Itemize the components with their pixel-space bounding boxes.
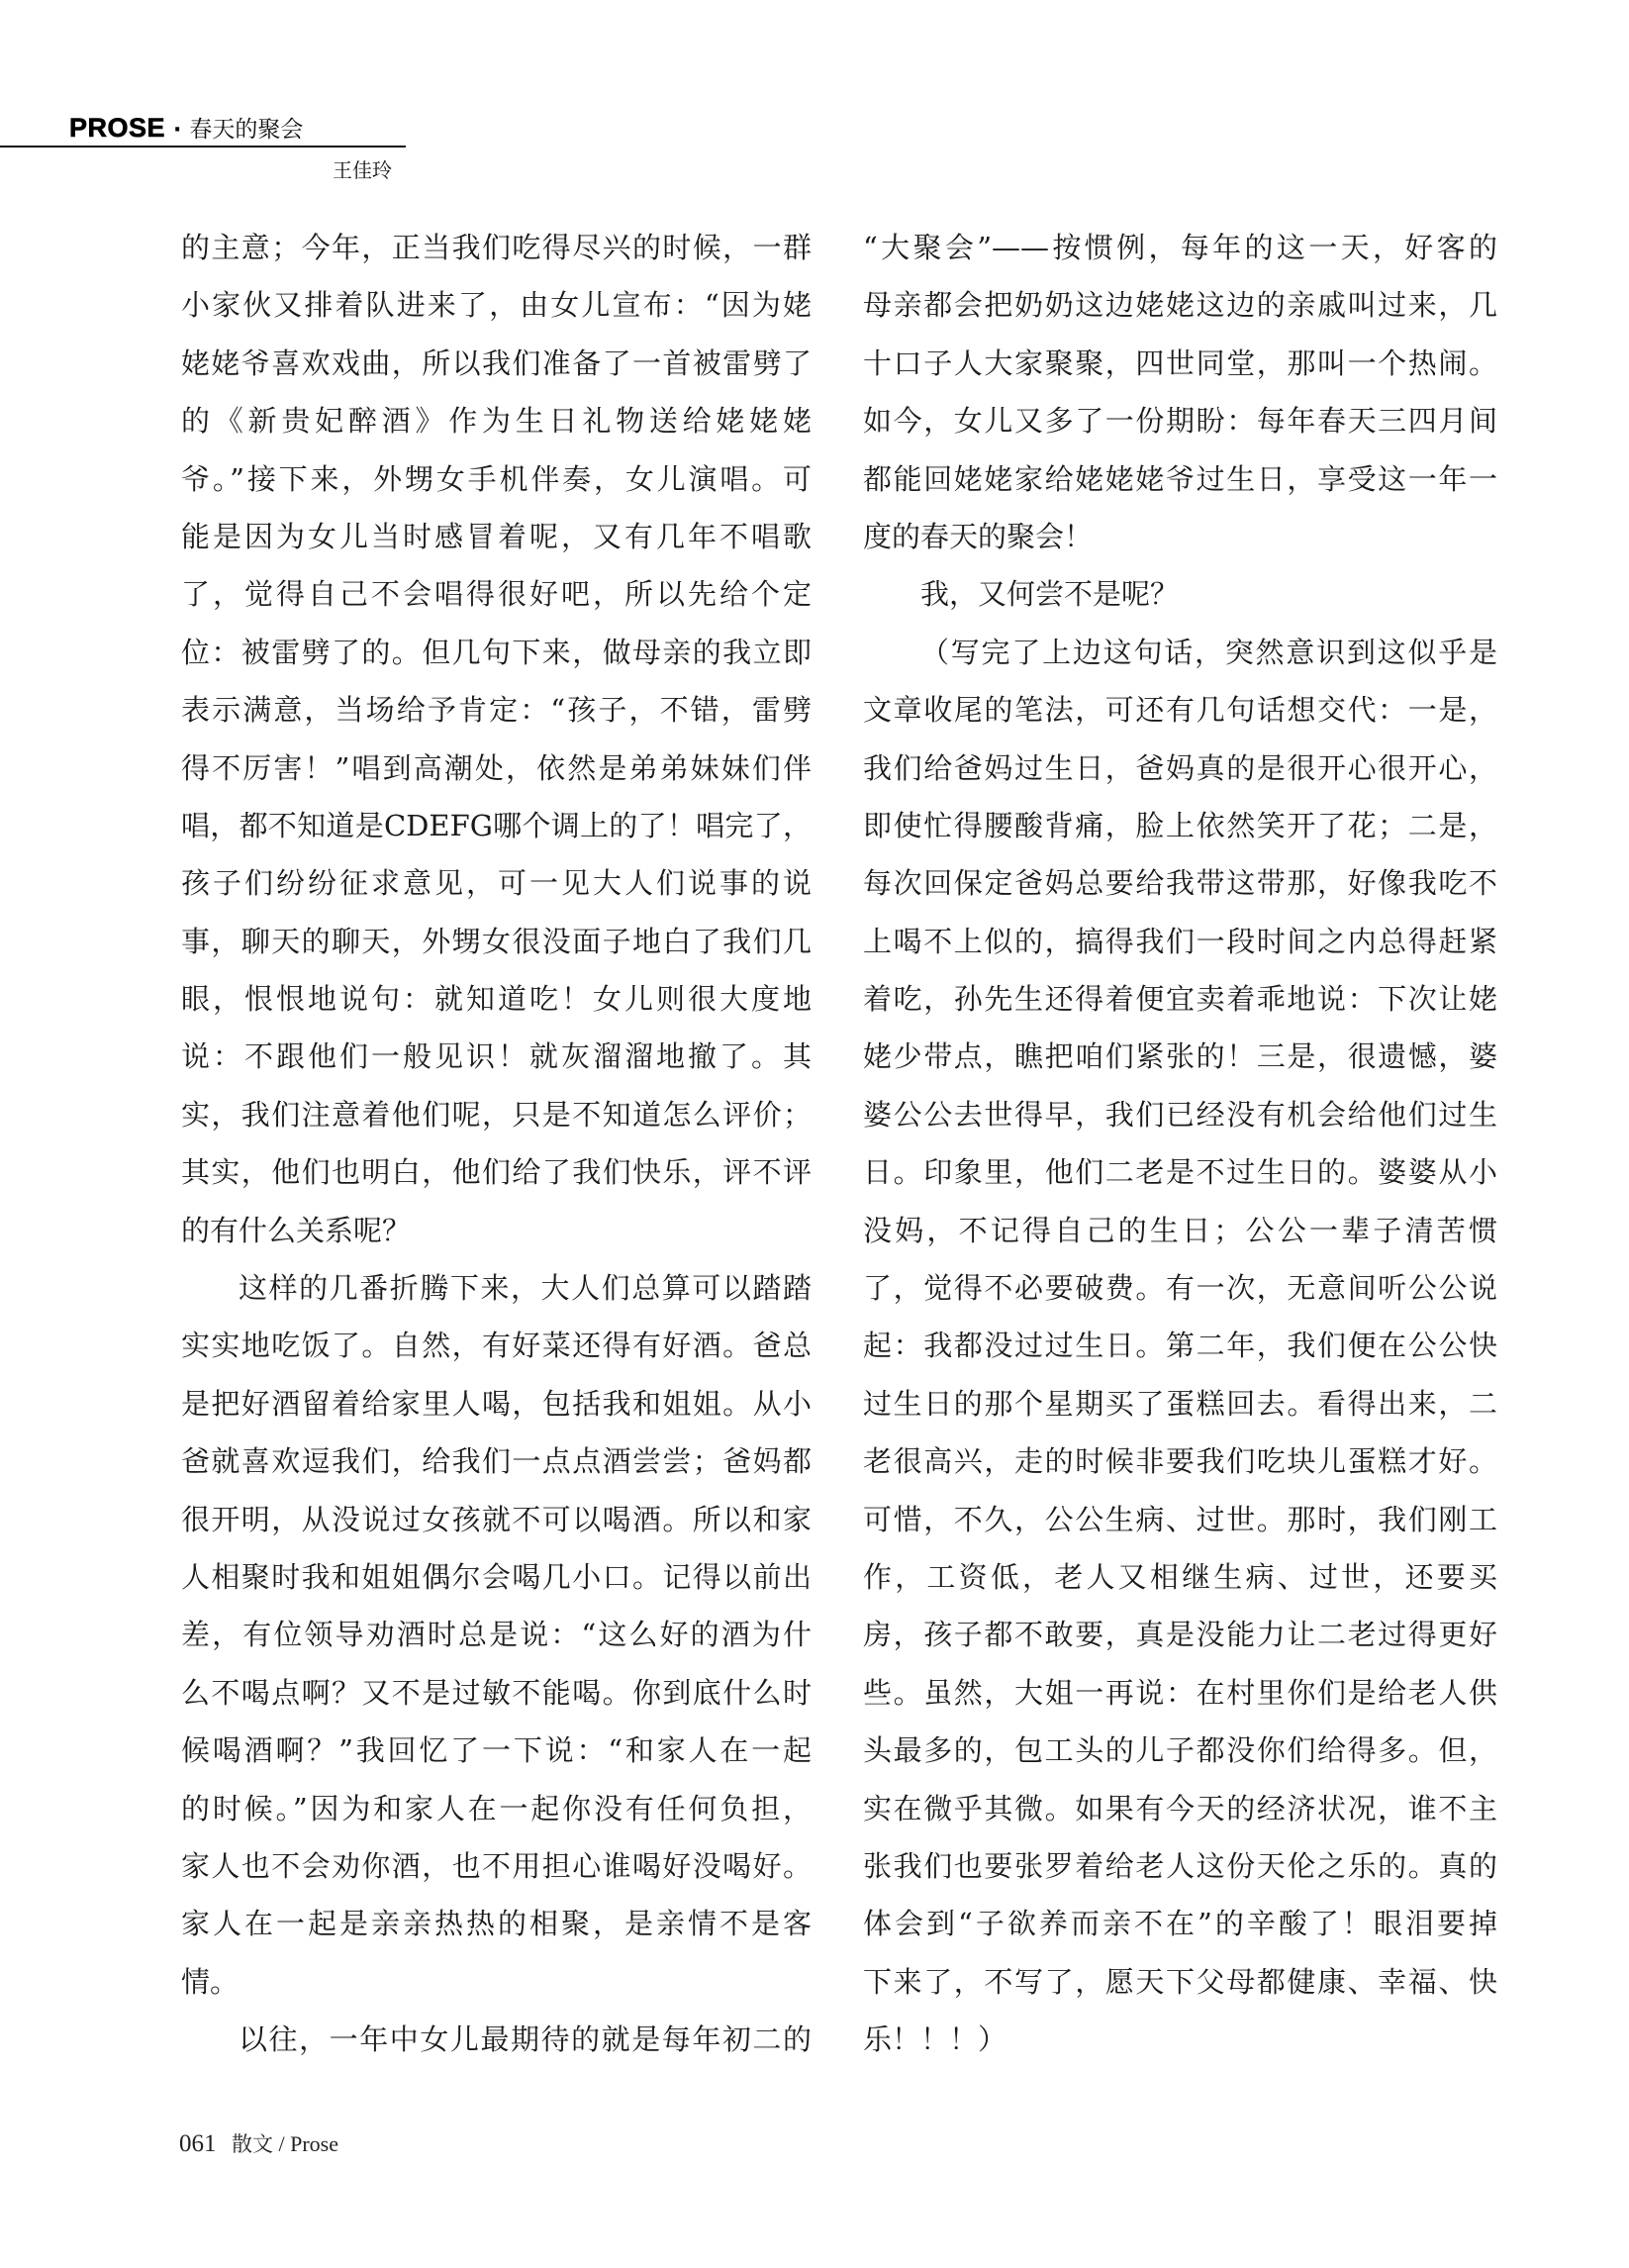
text-line: 爸就喜欢逗我们，给我们一点点酒尝尝；爸妈都: [181, 1439, 812, 1497]
text-line: 孩子们纷纷征求意见，可一见大人们说事的说: [181, 861, 812, 919]
footer-separator: /: [279, 2131, 285, 2156]
text-line: 其实，他们也明白，他们给了我们快乐，评不评: [181, 1150, 812, 1208]
text-line: 上喝不上似的，搞得我们一段时间之内总得赶紧: [863, 920, 1497, 977]
author-name: 王佳玲: [333, 154, 392, 183]
text-line: 婆公公去世得早，我们已经没有机会给他们过生: [863, 1093, 1497, 1150]
text-line: 小家伙又排着队进来了，由女儿宣布：“因为姥: [181, 283, 812, 341]
header-rule: [0, 146, 406, 148]
article-title: 春天的聚会: [189, 111, 303, 144]
text-line: 家人在一起是亲亲热热的相聚，是亲情不是客: [181, 1902, 812, 1959]
section-brand: PROSE: [69, 113, 165, 144]
text-line: 如今，女儿又多了一份期盼：每年春天三四月间: [863, 399, 1497, 456]
text-line: 度的春天的聚会！: [863, 515, 1497, 572]
text-line: 文章收尾的笔法，可还有几句话想交代：一是，: [863, 688, 1497, 745]
text-line: 事，聊天的聊天，外甥女很没面子地白了我们几: [181, 920, 812, 977]
text-line: 过生日的那个星期买了蛋糕回去。看得出来，二: [863, 1382, 1497, 1439]
text-line: 可惜，不久，公公生病、过世。那时，我们刚工: [863, 1498, 1497, 1555]
footer-section-cn: 散文: [232, 2132, 273, 2156]
text-line: 能是因为女儿当时感冒着呢，又有几年不唱歌: [181, 515, 812, 572]
text-line: 即使忙得腰酸背痛，脸上依然笑开了花；二是，: [863, 804, 1497, 861]
text-line: 人相聚时我和姐姐偶尔会喝几小口。记得以前出: [181, 1555, 812, 1613]
text-line: 起：我都没过过生日。第二年，我们便在公公快: [863, 1324, 1497, 1381]
text-line: 以往，一年中女儿最期待的就是每年初二的: [181, 2018, 812, 2075]
text-line: 实，我们注意着他们呢，只是不知道怎么评价；: [181, 1093, 812, 1150]
text-line: 体会到“子欲养而亲不在”的辛酸了！眼泪要掉: [863, 1902, 1497, 1959]
text-line: 了，觉得自己不会唱得很好吧，所以先给个定: [181, 572, 812, 630]
text-line: 情。: [181, 1960, 812, 2018]
text-line: 作，工资低，老人又相继生病、过世，还要买: [863, 1555, 1497, 1613]
text-line: 我，又何尝不是呢？: [863, 572, 1497, 630]
text-line: 头最多的，包工头的儿子都没你们给得多。但，: [863, 1728, 1497, 1786]
text-line: 实实地吃饭了。自然，有好菜还得有好酒。爸总: [181, 1324, 812, 1381]
text-line: 的《新贵妃醉酒》作为生日礼物送给姥姥姥: [181, 399, 812, 456]
text-line: 母亲都会把奶奶这边姥姥这边的亲戚叫过来，几: [863, 283, 1497, 341]
text-line: 我们给爸妈过生日，爸妈真的是很开心很开心，: [863, 746, 1497, 804]
text-line: 着吃，孙先生还得着便宜卖着乖地说：下次让姥: [863, 977, 1497, 1035]
text-line: 得不厉害！”唱到高潮处，依然是弟弟妹妹们伴: [181, 746, 812, 804]
text-line: 张我们也要张罗着给老人这份天伦之乐的。真的: [863, 1844, 1497, 1902]
text-line: 候喝酒啊？”我回忆了一下说：“和家人在一起: [181, 1728, 812, 1786]
text-line: 都能回姥姥家给姥姥姥爷过生日，享受这一年一: [863, 457, 1497, 515]
text-line: 的主意；今年，正当我们吃得尽兴的时候，一群: [181, 226, 812, 283]
text-line: 姥姥爷喜欢戏曲，所以我们准备了一首被雷劈了: [181, 342, 812, 399]
text-line: 的有什么关系呢？: [181, 1209, 812, 1266]
text-line: 实在微乎其微。如果有今天的经济状况，谁不主: [863, 1787, 1497, 1844]
footer-section-en: Prose: [290, 2131, 338, 2156]
text-line: “大聚会”——按惯例，每年的这一天，好客的: [863, 226, 1497, 283]
text-line: 么不喝点啊？又不是过敏不能喝。你到底什么时: [181, 1671, 812, 1728]
running-header: PROSE · 春天的聚会: [69, 111, 303, 145]
text-line: 乐！！！）: [863, 2018, 1497, 2075]
text-line: 家人也不会劝你酒，也不用担心谁喝好没喝好。: [181, 1844, 812, 1902]
text-line: 是把好酒留着给家里人喝，包括我和姐姐。从小: [181, 1382, 812, 1439]
magazine-page: PROSE · 春天的聚会 王佳玲 的主意；今年，正当我们吃得尽兴的时候，一群小…: [0, 0, 1629, 2268]
text-line: 每次回保定爸妈总要给我带这带那，好像我吃不: [863, 861, 1497, 919]
text-line: 日。印象里，他们二老是不过生日的。婆婆从小: [863, 1150, 1497, 1208]
header-separator: ·: [173, 118, 181, 143]
text-line: 没妈，不记得自己的生日；公公一辈子清苦惯: [863, 1209, 1497, 1266]
text-line: 了，觉得不必要破费。有一次，无意间听公公说: [863, 1266, 1497, 1324]
text-line: 很开明，从没说过女孩就不可以喝酒。所以和家: [181, 1498, 812, 1555]
text-column-left: 的主意；今年，正当我们吃得尽兴的时候，一群小家伙又排着队进来了，由女儿宣布：“因…: [181, 226, 812, 2076]
text-line: 眼，恨恨地说句：就知道吃！女儿则很大度地: [181, 977, 812, 1035]
text-line: 说：不跟他们一般见识！就灰溜溜地撤了。其: [181, 1035, 812, 1092]
text-line: 这样的几番折腾下来，大人们总算可以踏踏: [181, 1266, 812, 1324]
text-line: 差，有位领导劝酒时总是说：“这么好的酒为什: [181, 1613, 812, 1670]
text-line: 爷。”接下来，外甥女手机伴奏，女儿演唱。可: [181, 457, 812, 515]
text-line: 表示满意，当场给予肯定：“孩子，不错，雷劈: [181, 688, 812, 745]
text-line: 些。虽然，大姐一再说：在村里你们是给老人供: [863, 1671, 1497, 1728]
text-column-right: “大聚会”——按惯例，每年的这一天，好客的母亲都会把奶奶这边姥姥这边的亲戚叫过来…: [863, 226, 1497, 2076]
text-line: 下来了，不写了，愿天下父母都健康、幸福、快: [863, 1960, 1497, 2018]
page-number: 061: [179, 2130, 217, 2157]
text-line: 位：被雷劈了的。但几句下来，做母亲的我立即: [181, 631, 812, 688]
text-line: 的时候。”因为和家人在一起你没有任何负担，: [181, 1787, 812, 1844]
text-line: 姥少带点，瞧把咱们紧张的！三是，很遗憾，婆: [863, 1035, 1497, 1092]
text-line: 十口子人大家聚聚，四世同堂，那叫一个热闹。: [863, 342, 1497, 399]
text-line: 房，孩子都不敢要，真是没能力让二老过得更好: [863, 1613, 1497, 1670]
text-line: 老很高兴，走的时候非要我们吃块儿蛋糕才好。: [863, 1439, 1497, 1497]
text-line: 唱，都不知道是CDEFG哪个调上的了！唱完了，: [181, 804, 812, 861]
text-line: （写完了上边这句话，突然意识到这似乎是: [863, 631, 1497, 688]
page-footer: 061 散文 / Prose: [179, 2128, 338, 2158]
